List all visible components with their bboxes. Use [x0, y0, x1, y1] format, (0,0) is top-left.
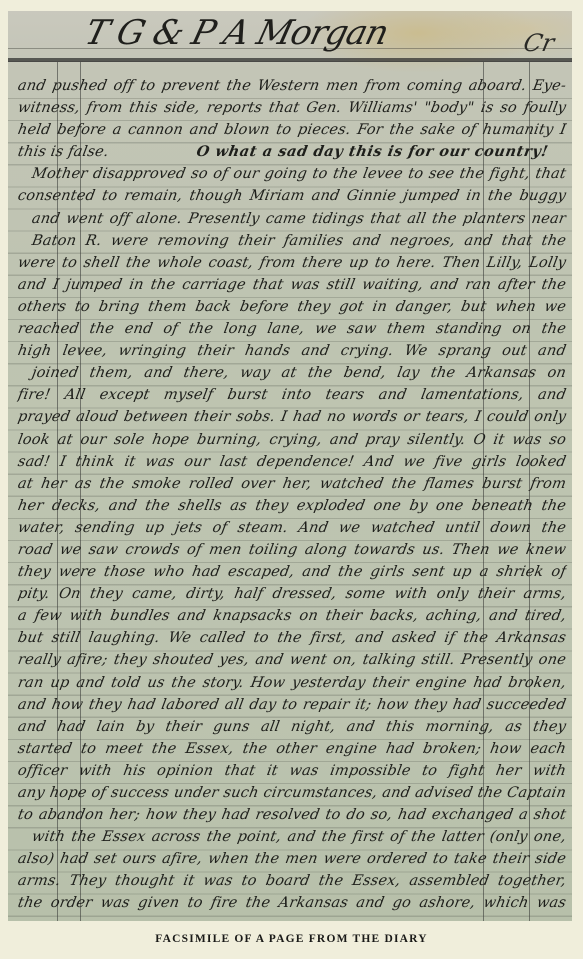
diary-line: and had lain by their guns all night, an… — [16, 716, 568, 738]
diary-handwritten-text: and pushed off to prevent the Western me… — [18, 75, 566, 915]
diary-line: this is false.O what a sad day this is f… — [16, 141, 568, 163]
diary-line: high levee, wringing their hands and cry… — [16, 340, 568, 362]
diary-line: a few with bundles and knapsacks on thei… — [16, 605, 568, 627]
diary-line: at her as the smoke rolled over her, wat… — [16, 473, 568, 495]
diary-page-facsimile: T G & P A Morgan Cr and pushed off to pr… — [8, 11, 572, 921]
diary-line: to abandon her; how they had resolved to… — [16, 804, 568, 826]
diary-line: Mother disapproved so of our going to th… — [16, 163, 568, 185]
ledger-account-name: T G & P A Morgan — [81, 13, 392, 53]
diary-line: joined them, and there, way at the bend,… — [16, 362, 568, 384]
figure-caption: FACSIMILE OF A PAGE FROM THE DIARY — [0, 933, 583, 945]
diary-line: fire! All except myself burst into tears… — [16, 384, 568, 406]
diary-line: consented to remain, though Miriam and G… — [16, 185, 568, 207]
diary-line: were to shell the whole coast, from ther… — [16, 252, 568, 274]
diary-line: Baton R. were removing their families an… — [16, 230, 568, 252]
diary-line: any hope of success under such circumsta… — [16, 782, 568, 804]
diary-line: reached the end of the long lane, we saw… — [16, 318, 568, 340]
diary-line: look at our sole hope burning, crying, a… — [16, 429, 568, 451]
diary-line: others to bring them back before they go… — [16, 296, 568, 318]
diary-line: held before a cannon and blown to pieces… — [16, 119, 568, 141]
diary-line: ran up and told us the story. How yester… — [16, 672, 568, 694]
diary-line: prayed aloud between their sobs. I had n… — [16, 406, 568, 428]
diary-line: her decks, and the shells as they explod… — [16, 495, 568, 517]
diary-line: road we saw crowds of men toiling along … — [16, 539, 568, 561]
diary-line: really afire; they shouted yes, and went… — [16, 649, 568, 671]
diary-line: pity. On they came, dirty, half dressed,… — [16, 583, 568, 605]
ledger-credit-mark: Cr — [521, 29, 557, 57]
diary-line: officer with his opinion that it was imp… — [16, 760, 568, 782]
diary-line: witness, from this side, reports that Ge… — [16, 97, 568, 119]
diary-line: with the Essex across the point, and the… — [16, 826, 568, 848]
diary-line: and how they had labored all day to repa… — [16, 694, 568, 716]
diary-line: sad! I think it was our last dependence!… — [16, 451, 568, 473]
diary-line: the order was given to fire the Arkansas… — [16, 892, 568, 914]
diary-line: they were those who had escaped, and the… — [16, 561, 568, 583]
diary-line: but still laughing. We called to the fir… — [16, 627, 568, 649]
diary-line: and pushed off to prevent the Western me… — [16, 75, 568, 97]
diary-line: and I jumped in the carriage that was st… — [16, 274, 568, 296]
diary-line: and went off alone. Presently came tidin… — [16, 208, 568, 230]
diary-line: started to meet the Essex, the other eng… — [16, 738, 568, 760]
diary-line-text: this is false. — [17, 144, 110, 160]
diary-exclamation: O what a sad day this is for our country… — [195, 143, 550, 160]
diary-line: also) had set ours afire, when the men w… — [16, 848, 568, 870]
diary-line: arms. They thought it was to board the E… — [16, 870, 568, 892]
ledger-double-rule — [8, 58, 572, 62]
diary-line: water, sending up jets of steam. And we … — [16, 517, 568, 539]
